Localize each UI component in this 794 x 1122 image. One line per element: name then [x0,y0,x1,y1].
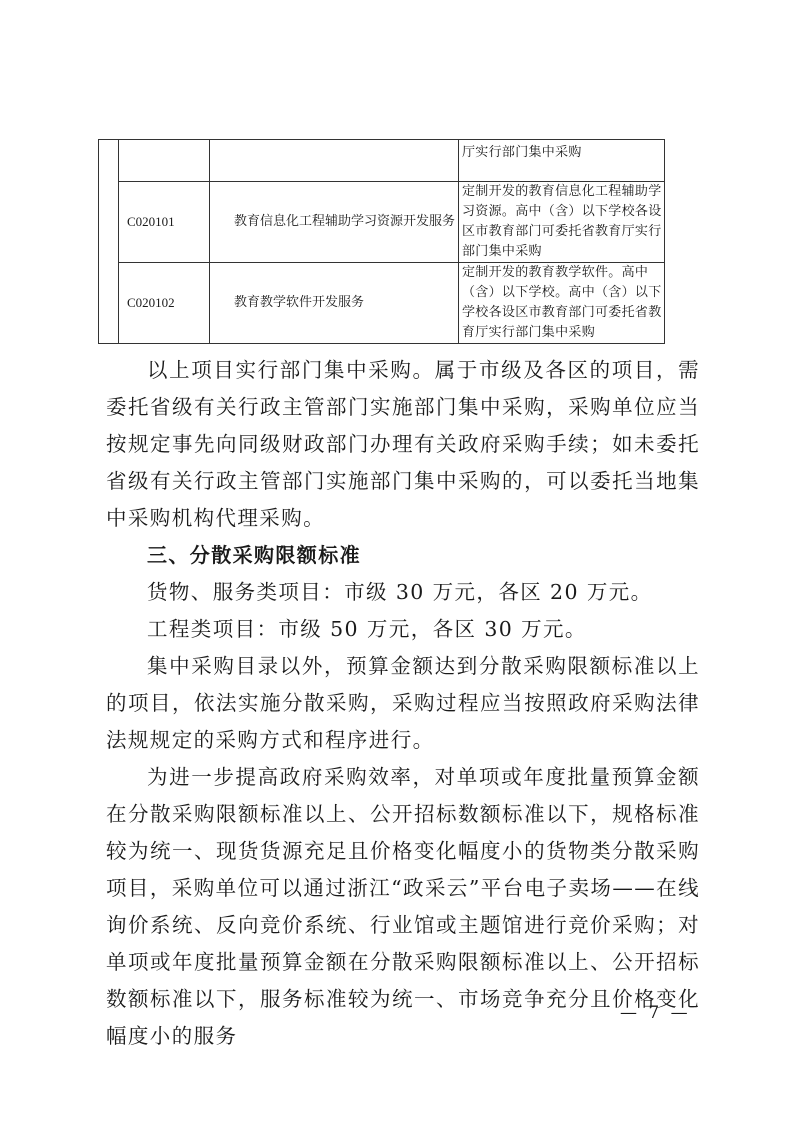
code-cell: C020102 [119,263,210,344]
page-number: — 7 — [620,1003,691,1023]
description-cell: 定制开发的教育信息化工程辅助学习资源。高中（含）以下学校各设区市教育部门可委托省… [459,182,665,263]
section-heading: 三、分散采购限额标准 [106,537,700,574]
table-row: C020101 教育信息化工程辅助学习资源开发服务 定制开发的教育信息化工程辅助… [99,182,665,263]
paragraph-engineering-threshold: 工程类项目：市级 50 万元，各区 30 万元。 [106,611,700,648]
item-cell: 教育教学软件开发服务 [210,263,459,344]
table-row: 厅实行部门集中采购 [99,140,665,182]
procurement-catalog-table: 厅实行部门集中采购 C020101 教育信息化工程辅助学习资源开发服务 定制开发… [98,139,665,344]
description-cell: 厅实行部门集中采购 [459,140,665,182]
item-cell [210,140,459,182]
code-cell [119,140,210,182]
table-row: C020102 教育教学软件开发服务 定制开发的教育教学软件。高中（含）以下学校… [99,263,665,344]
body-text: 以上项目实行部门集中采购。属于市级及各区的项目，需委托省级有关行政主管部门实施部… [106,352,700,1055]
description-cell: 定制开发的教育教学软件。高中（含）以下学校。高中（含）以下学校各设区市教育部门可… [459,263,665,344]
paragraph-goods-services-threshold: 货物、服务类项目：市级 30 万元，各区 20 万元。 [106,574,700,611]
paragraph-decentralized-procurement: 集中采购目录以外，预算金额达到分散采购限额标准以上的项目，依法实施分散采购，采购… [106,648,700,759]
paragraph-centralized-procurement: 以上项目实行部门集中采购。属于市级及各区的项目，需委托省级有关行政主管部门实施部… [106,352,700,537]
item-cell: 教育信息化工程辅助学习资源开发服务 [210,182,459,263]
merged-index-cell [99,140,119,344]
code-cell: C020101 [119,182,210,263]
paragraph-efficiency: 为进一步提高政府采购效率，对单项或年度批量预算金额在分散采购限额标准以上、公开招… [106,759,700,1055]
